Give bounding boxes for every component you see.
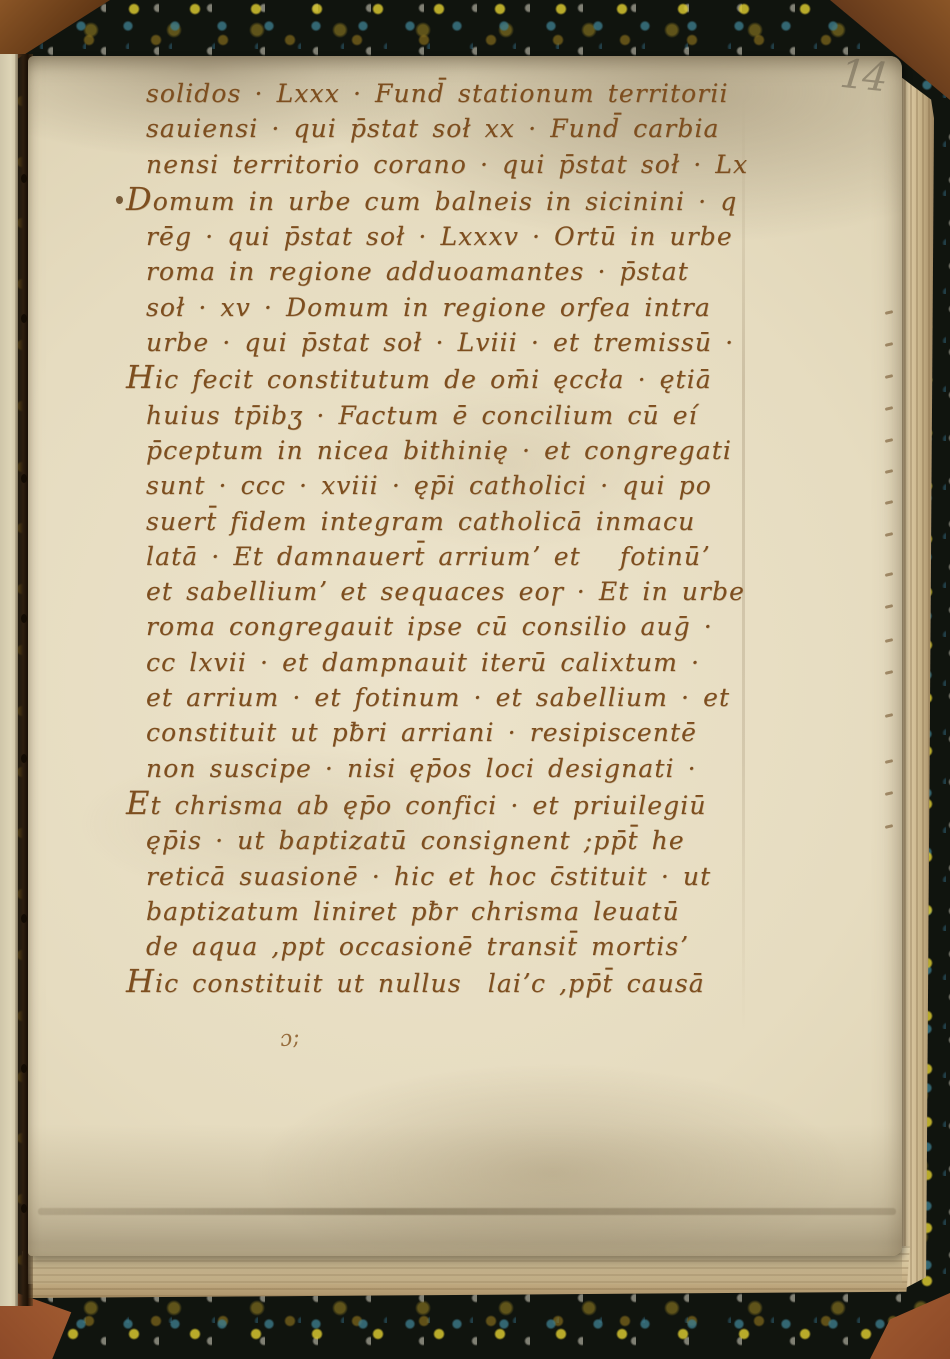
ruling-tick-mark (885, 638, 893, 643)
sewing-stitch (21, 914, 27, 923)
sewing-stitch (21, 1064, 27, 1073)
manuscript-line: rēg · qui p̄stat soł · Lxxxv · Ortū in u… (146, 219, 786, 254)
parchment-leaf: 14 solidos · Lxxx · Fund̄ stationum terr… (28, 56, 902, 1256)
ruling-tick-mark (885, 469, 893, 474)
manuscript-line: non suscipe · nisi ęp̄os loci designati … (146, 751, 786, 786)
ruling-tick-mark (885, 791, 893, 796)
text-block: solidos · Lxxx · Fund̄ stationum territo… (146, 76, 786, 1002)
ruling-tick-mark (885, 713, 893, 718)
ruling-tick-mark (885, 310, 893, 315)
ruling-tick-mark (885, 500, 893, 505)
manuscript-line: latā · Et damnauert̄ arriumʼ et fotinūʼ (146, 539, 786, 574)
sewing-stitch (21, 754, 27, 763)
sewing-stitch (21, 314, 27, 323)
sewing-stitch (21, 614, 27, 623)
offset-ink-mark: ɔ; (279, 1027, 302, 1052)
manuscript-line: Hic constituit ut nullus laiʼc ,pp̄t̄ ca… (126, 964, 786, 1001)
manuscript-line: Domum in urbe cum balneis in sicinini · … (126, 182, 786, 219)
manuscript-line: et sabelliumʼ et sequaces eoɼ · Et in ur… (146, 574, 786, 609)
manuscript-line: p̄ceptum in nicea bithinię · et congrega… (146, 433, 786, 468)
manuscript-line: Et chrisma ab ęp̄o confici · et priuileg… (126, 786, 786, 823)
ruling-tick-mark (885, 670, 893, 675)
ruling-tick-mark (885, 604, 893, 609)
manuscript-line: roma in regione adduoamantes · p̄stat (146, 254, 786, 289)
ruling-tick-mark (885, 572, 893, 577)
manuscript-line: ęp̄is · ut baptizatū consignent ;pp̄t̄ h… (146, 823, 786, 858)
ruling-tick-mark (885, 824, 893, 829)
folio-number: 14 (838, 54, 887, 98)
manuscript-line: baptizatum liniret pƀr chrisma leuatū (146, 894, 786, 929)
manuscript-line: solidos · Lxxx · Fund̄ stationum territo… (146, 76, 786, 111)
manuscript-line: soł · xv · Domum in regione orfea intra (146, 290, 786, 325)
manuscript-line: nensi territorio corano · qui p̄stat soł… (146, 147, 786, 182)
sewing-stitch (21, 174, 27, 183)
manuscript-line: reticā suasionē · hic et hoc c̄stituit ·… (146, 859, 786, 894)
manuscript-line: Hic fecit constitutum de om̄i ęccła · ęt… (126, 360, 786, 397)
sewing-stitch (21, 1204, 27, 1213)
manuscript-line: de aqua ,ppt occasionē transit̄ mortisʼ (146, 929, 786, 964)
ruling-tick-mark (885, 532, 893, 537)
sewing-stitch (21, 474, 27, 483)
ruling-tick-mark (885, 374, 893, 379)
manuscript-line: suert̄ fidem integram catholicā inmacu (146, 504, 786, 539)
manuscript-line: cc lxvii · et dampnauit iterū calixtum · (146, 645, 786, 680)
manuscript-line: sunt · ccc · xviii · ęp̄i catholici · qu… (146, 468, 786, 503)
manuscript-line: sauiensi · qui p̄stat soł xx · Fund̄ car… (146, 111, 786, 146)
manuscript-line: et arrium · et fotinum · et sabellium · … (146, 680, 786, 715)
manuscript-line: roma congregauit ipse cū consilio auḡ · (146, 609, 786, 644)
manuscript-photo: 14 solidos · Lxxx · Fund̄ stationum terr… (0, 0, 950, 1359)
manuscript-line: urbe · qui p̄stat soł · Lviii · et tremi… (146, 325, 786, 360)
ruling-tick-mark (885, 438, 893, 443)
ink-dot (116, 196, 123, 204)
ruling-tick-mark (885, 759, 893, 764)
ruling-tick-mark (885, 406, 893, 411)
ruling-tick-mark (885, 342, 893, 347)
manuscript-line: huius tp̄ibʒ · Factum ē concilium cū eí (146, 398, 786, 433)
stain-streak (38, 1208, 896, 1215)
manuscript-line: constituit ut pƀri arriani · resipiscent… (146, 715, 786, 750)
